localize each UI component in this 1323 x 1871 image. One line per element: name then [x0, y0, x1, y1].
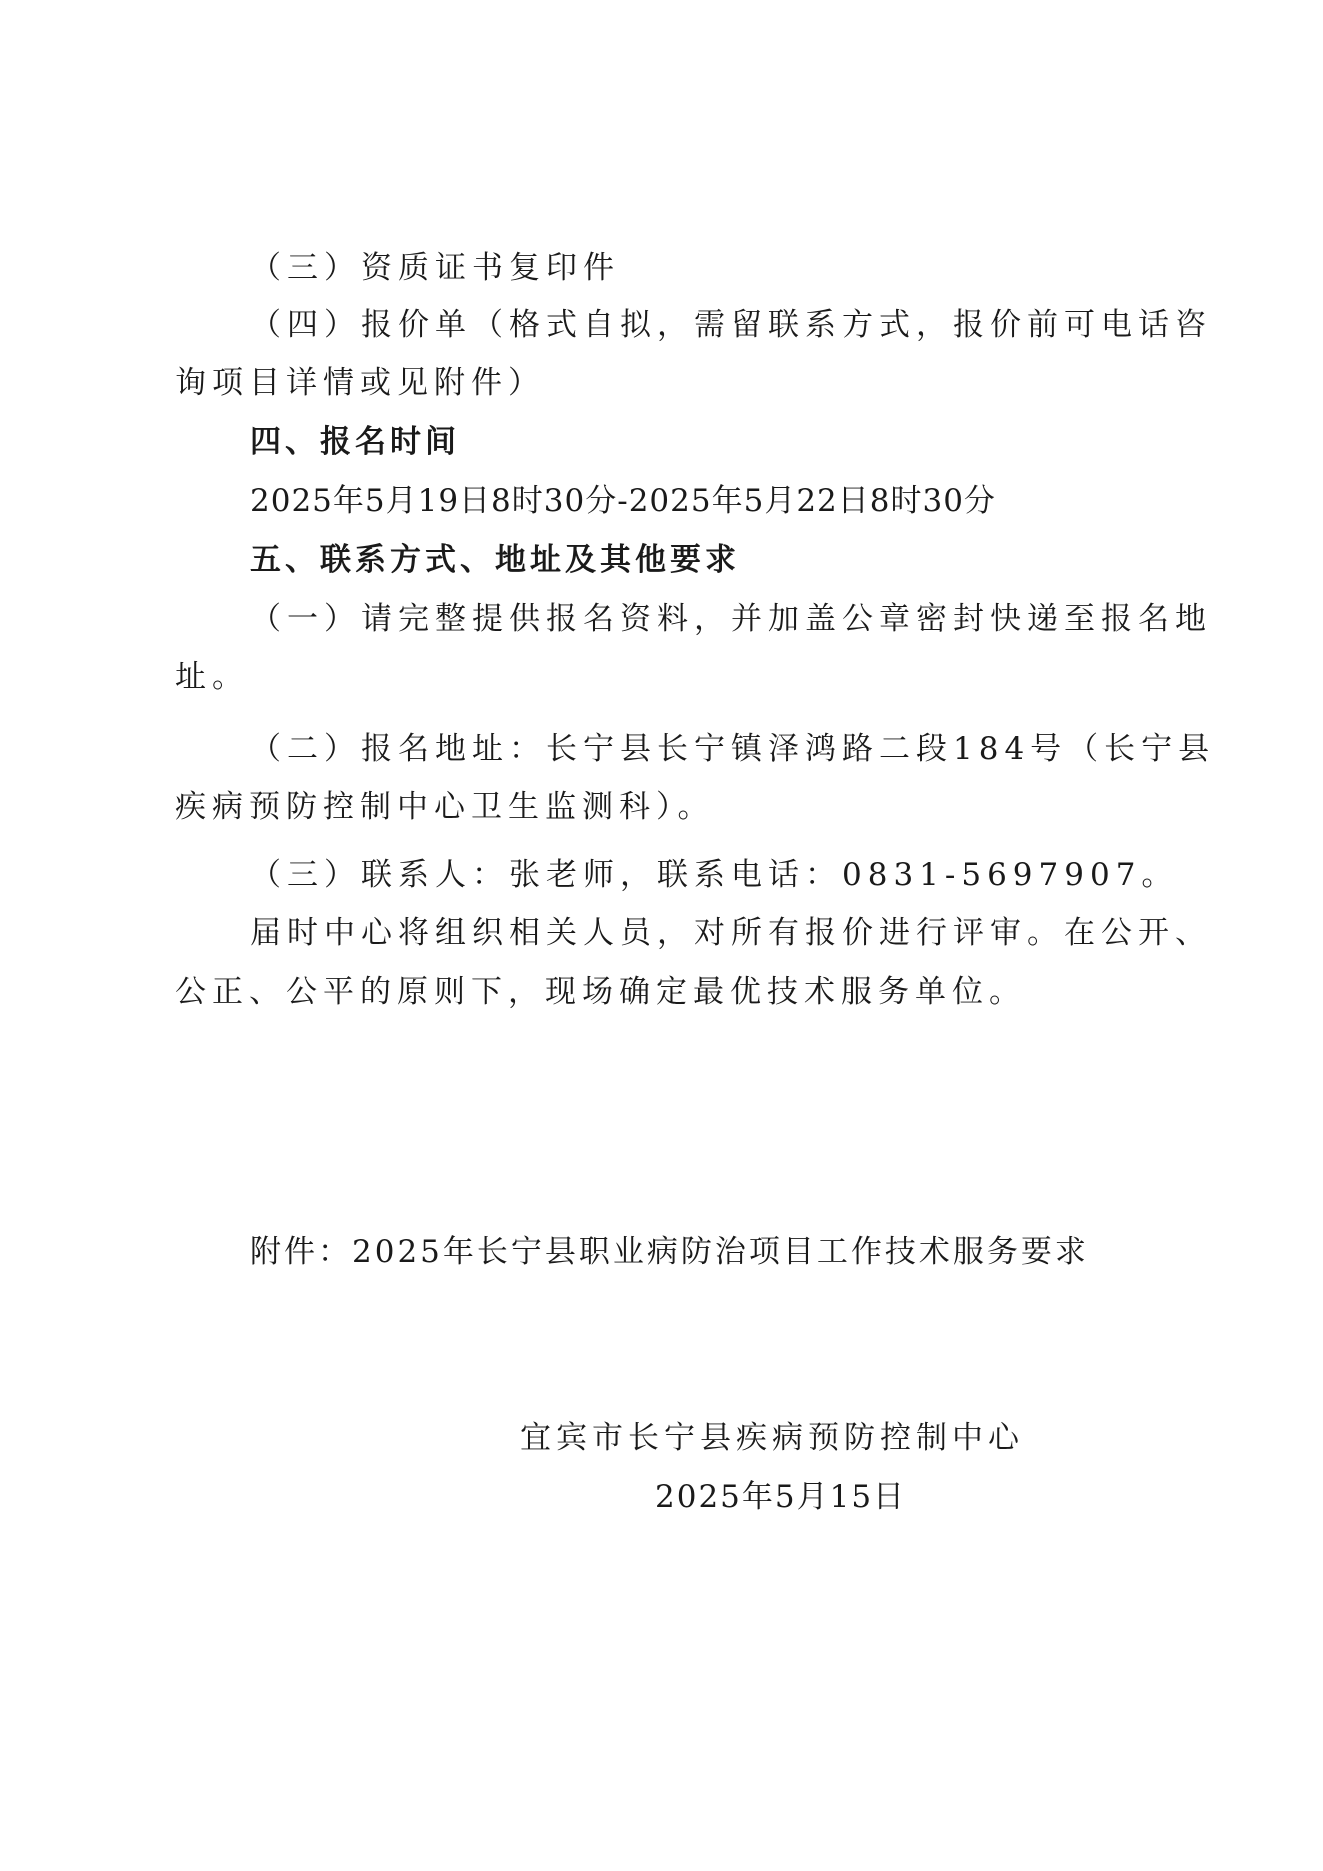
item-quotation-continuation: 询项目详情或见附件） [175, 363, 1175, 403]
item-registration-address: （二）报名地址：长宁县长宁镇泽鸿路二段184号（长宁县 [250, 729, 1250, 769]
registration-time: 2025年5月19日8时30分-2025年5月22日8时30分 [250, 481, 1250, 521]
signature-date: 2025年5月15日 [655, 1477, 906, 1517]
item-contact-person: （三）联系人：张老师，联系电话：0831-5697907。 [250, 855, 1250, 895]
signature-organization: 宜宾市长宁县疾病预防控制中心 [520, 1418, 1024, 1458]
section-four-heading: 四、报名时间 [250, 422, 1250, 462]
closing-paragraph: 届时中心将组织相关人员，对所有报价进行评审。在公开、 [250, 913, 1250, 953]
section-five-heading: 五、联系方式、地址及其他要求 [250, 540, 1250, 580]
document-page: （三）资质证书复印件 （四）报价单（格式自拟，需留联系方式，报价前可电话咨 询项… [0, 0, 1323, 1871]
attachment-note: 附件：2025年长宁县职业病防治项目工作技术服务要求 [250, 1232, 1250, 1272]
item-qualification-copy: （三）资质证书复印件 [250, 248, 1250, 288]
item-submit-materials: （一）请完整提供报名资料，并加盖公章密封快递至报名地 [250, 599, 1250, 639]
item-submit-materials-continuation: 址。 [175, 657, 1175, 697]
item-quotation: （四）报价单（格式自拟，需留联系方式，报价前可电话咨 [250, 305, 1250, 345]
closing-paragraph-continuation: 公正、公平的原则下，现场确定最优技术服务单位。 [175, 972, 1175, 1012]
item-registration-address-continuation: 疾病预防控制中心卫生监测科）。 [175, 787, 1175, 827]
